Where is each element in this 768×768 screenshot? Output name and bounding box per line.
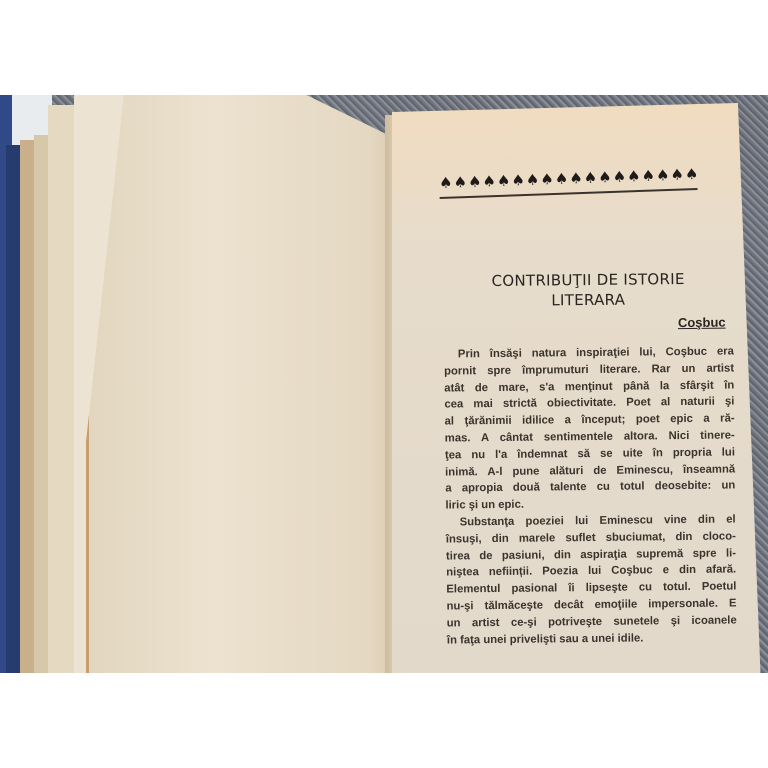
chapter-title: CONTRIBUŢII DE ISTORIE LITERARA bbox=[443, 268, 733, 311]
ornament-spade-icon: ♠ bbox=[554, 168, 567, 190]
section-author: Coşbuc bbox=[444, 314, 734, 332]
ornament-spade-icon: ♠ bbox=[583, 167, 596, 189]
ornament-spade-icon: ♠ bbox=[670, 164, 683, 186]
ornament-spade-icon: ♠ bbox=[627, 165, 640, 187]
page-text: CONTRIBUŢII DE ISTORIE LITERARA Coşbuc P… bbox=[443, 268, 737, 648]
ornament-spade-icon: ♠ bbox=[685, 163, 698, 185]
left-page-blank bbox=[86, 95, 401, 673]
ornament-spade-icon: ♠ bbox=[439, 172, 452, 194]
ornament-spade-icon: ♠ bbox=[526, 169, 539, 191]
ornament-spade-icon: ♠ bbox=[641, 165, 654, 187]
body-paragraphs: Prin însăşi natura inspiraţiei lui, Coşb… bbox=[444, 343, 737, 648]
ornament-spade-icon: ♠ bbox=[511, 169, 524, 191]
ornament-spade-icon: ♠ bbox=[540, 168, 553, 190]
ornament-spade-icon: ♠ bbox=[569, 167, 582, 189]
text-line: în faţa unei privelişti sau a unei idile… bbox=[447, 629, 737, 649]
ornament-spade-icon: ♠ bbox=[468, 171, 481, 193]
bottom-margin bbox=[0, 673, 768, 768]
ornament-spade-icon: ♠ bbox=[612, 166, 625, 188]
text-line: a apropia două talente cu totul deosebit… bbox=[445, 478, 735, 498]
ornament-spade-icon: ♠ bbox=[482, 170, 495, 192]
ornament-spade-icon: ♠ bbox=[656, 164, 669, 186]
text-line: un artist ce-şi potriveşte sunetele şi i… bbox=[447, 612, 737, 632]
page-edge bbox=[48, 105, 76, 673]
ornament-spade-icon: ♠ bbox=[598, 166, 611, 188]
ornament-spade-icon: ♠ bbox=[497, 170, 510, 192]
title-line-2: LITERARA bbox=[443, 288, 733, 311]
ornament-spade-icon: ♠ bbox=[453, 171, 466, 193]
